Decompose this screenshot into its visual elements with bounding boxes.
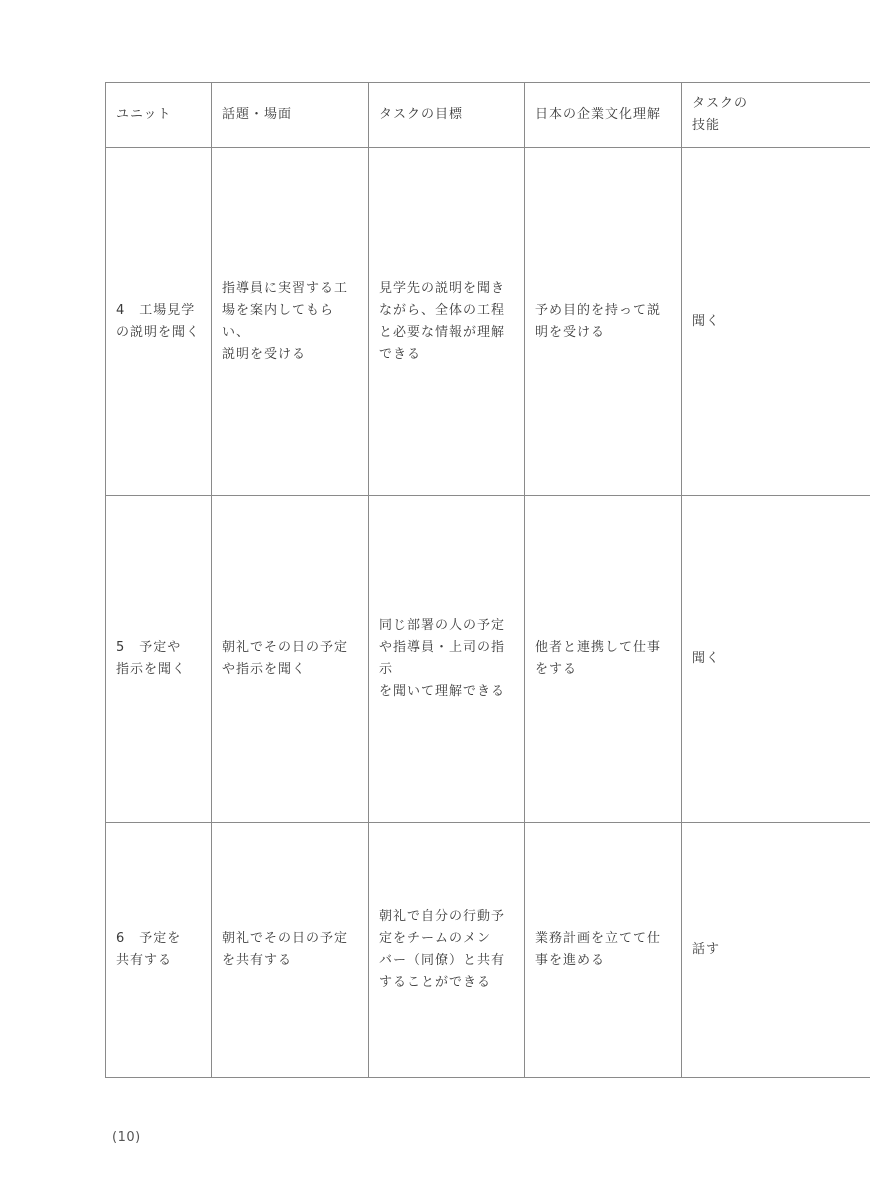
- header-task-skill: タスクの 技能: [682, 83, 870, 148]
- cell-unit: 5 予定や 指示を聞く: [106, 496, 212, 823]
- curriculum-table: ユニット 話題・場面 タスクの目標 日本の企業文化理解 タスクの 技能 4 工場…: [105, 82, 870, 1078]
- table-row: 6 予定を 共有する 朝礼でその日の予定 を共有する 朝礼で自分の行動予 定をチ…: [106, 823, 870, 1078]
- header-unit: ユニット: [106, 83, 212, 148]
- header-corporate-culture: 日本の企業文化理解: [525, 83, 682, 148]
- table-row: 4 工場見学 の説明を聞く 指導員に実習する工 場を案内してもらい、 説明を受け…: [106, 148, 870, 496]
- cell-skill: 聞く: [682, 148, 870, 496]
- cell-topic: 指導員に実習する工 場を案内してもらい、 説明を受ける: [212, 148, 369, 496]
- header-topic-scene: 話題・場面: [212, 83, 369, 148]
- cell-unit: 4 工場見学 の説明を聞く: [106, 148, 212, 496]
- cell-goal: 見学先の説明を聞き ながら、全体の工程 と必要な情報が理解 できる: [369, 148, 525, 496]
- cell-topic: 朝礼でその日の予定 や指示を聞く: [212, 496, 369, 823]
- cell-culture: 業務計画を立てて仕 事を進める: [525, 823, 682, 1078]
- cell-skill: 聞く: [682, 496, 870, 823]
- table-header-row: ユニット 話題・場面 タスクの目標 日本の企業文化理解 タスクの 技能: [106, 83, 870, 148]
- cell-topic: 朝礼でその日の予定 を共有する: [212, 823, 369, 1078]
- cell-culture: 予め目的を持って説 明を受ける: [525, 148, 682, 496]
- cell-unit: 6 予定を 共有する: [106, 823, 212, 1078]
- cell-culture: 他者と連携して仕事 をする: [525, 496, 682, 823]
- header-task-goal: タスクの目標: [369, 83, 525, 148]
- cell-goal: 同じ部署の人の予定 や指導員・上司の指示 を聞いて理解できる: [369, 496, 525, 823]
- cell-goal: 朝礼で自分の行動予 定をチームのメン バー（同僚）と共有 することができる: [369, 823, 525, 1078]
- table-row: 5 予定や 指示を聞く 朝礼でその日の予定 や指示を聞く 同じ部署の人の予定 や…: [106, 496, 870, 823]
- document-page: ユニット 話題・場面 タスクの目標 日本の企業文化理解 タスクの 技能 4 工場…: [0, 0, 870, 1200]
- cell-skill: 話す: [682, 823, 870, 1078]
- page-number: (10): [112, 1130, 141, 1145]
